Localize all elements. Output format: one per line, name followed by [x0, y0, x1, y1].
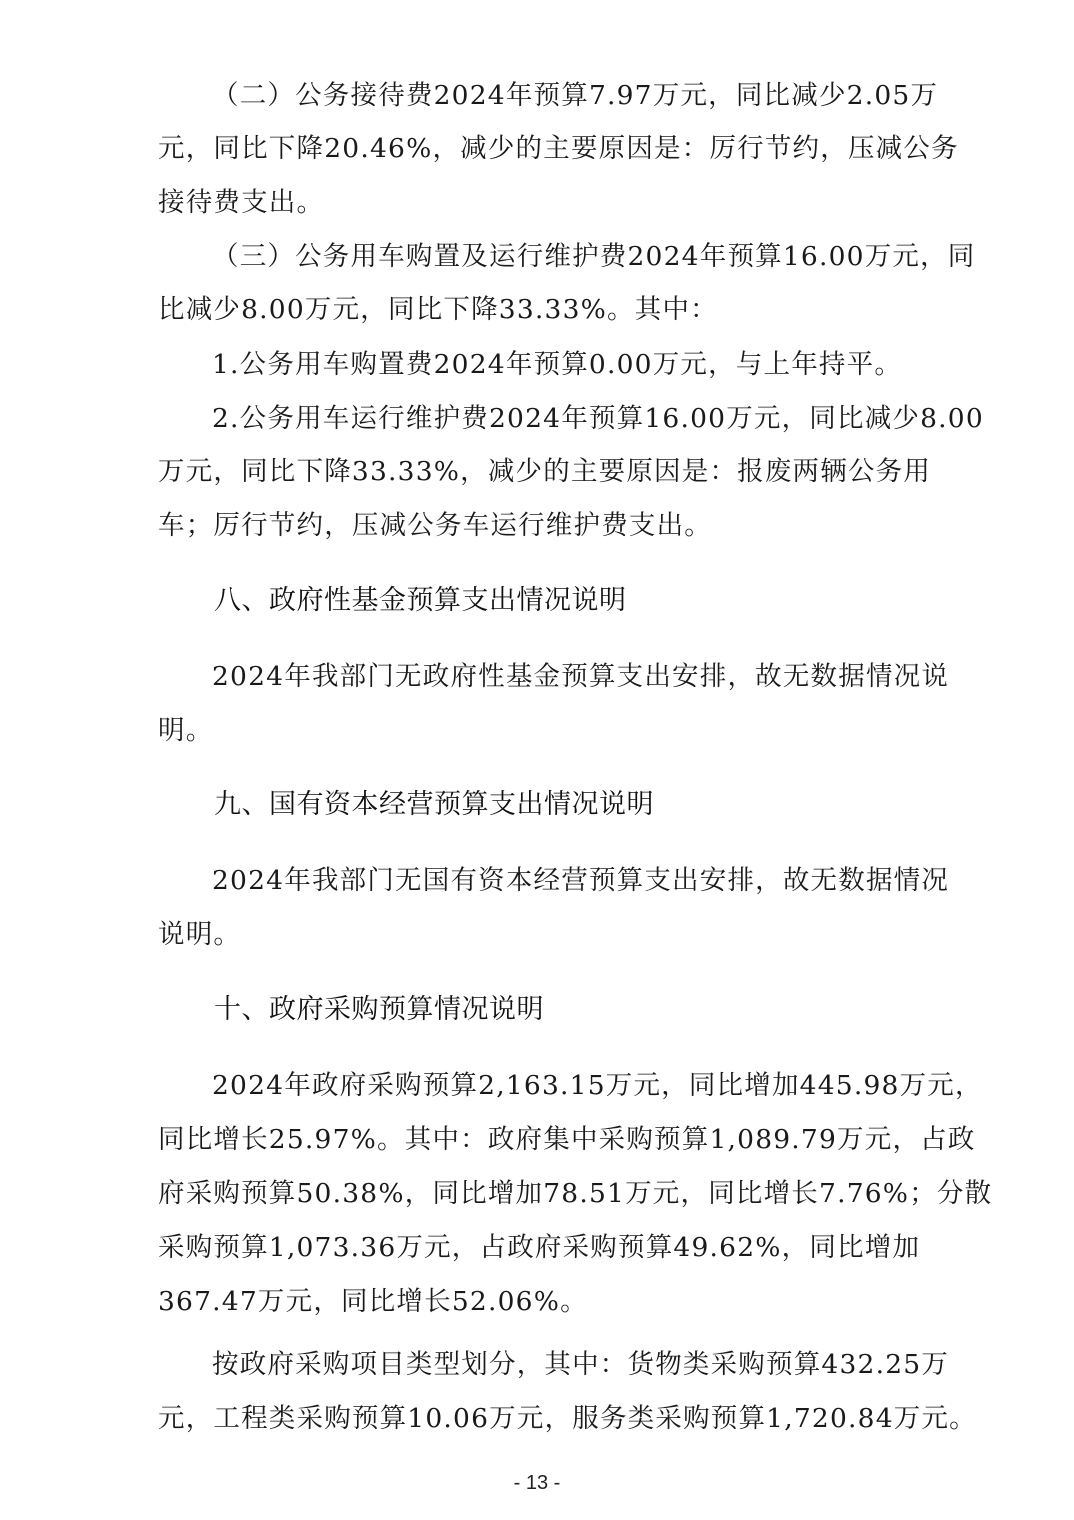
text-line: 接待费支出。 — [158, 187, 930, 219]
text-line: 2.公务用车运行维护费2024年预算16.00万元，同比减少8.00 — [212, 403, 930, 435]
text-line: 明。 — [158, 715, 930, 747]
text-line: 元，同比下降20.46%，减少的主要原因是：厉行节约，压减公务 — [158, 133, 930, 165]
text-line: 万元，同比下降33.33%，减少的主要原因是：报废两辆公务用 — [158, 456, 930, 488]
text-line: 2024年政府采购预算2,163.15万元，同比增加445.98万元， — [212, 1070, 930, 1102]
page-number: - 13 - — [0, 1472, 1074, 1495]
text-line: 同比增长25.97%。其中：政府集中采购预算1,089.79万元，占政 — [158, 1124, 930, 1156]
text-line: 1.公务用车购置费2024年预算0.00万元，与上年持平。 — [212, 349, 930, 381]
section-heading-government-fund: 八、政府性基金预算支出情况说明 — [214, 584, 627, 618]
text-line: （三）公务用车购置及运行维护费2024年预算16.00万元，同 — [212, 241, 930, 273]
text-line: 按政府采购项目类型划分，其中：货物类采购预算432.25万 — [212, 1349, 930, 1381]
text-line: 2024年我部门无国有资本经营预算支出安排，故无数据情况 — [212, 865, 930, 897]
text-line: 车；厉行节约，压减公务车运行维护费支出。 — [158, 510, 930, 542]
text-line: 367.47万元，同比增长52.06%。 — [158, 1286, 930, 1318]
text-line: 元，工程类采购预算10.06万元，服务类采购预算1,720.84万元。 — [158, 1403, 930, 1435]
section-heading-state-capital: 九、国有资本经营预算支出情况说明 — [214, 788, 654, 822]
text-line: （二）公务接待费2024年预算7.97万元，同比减少2.05万 — [212, 80, 930, 112]
section-heading-procurement: 十、政府采购预算情况说明 — [214, 993, 544, 1027]
text-line: 说明。 — [158, 919, 930, 951]
text-line: 府采购预算50.38%，同比增加78.51万元，同比增长7.76%；分散 — [158, 1178, 930, 1210]
text-line: 比减少8.00万元，同比下降33.33%。其中： — [158, 294, 930, 326]
text-line: 2024年我部门无政府性基金预算支出安排，故无数据情况说 — [212, 661, 930, 693]
text-line: 采购预算1,073.36万元，占政府采购预算49.62%，同比增加 — [158, 1232, 930, 1264]
